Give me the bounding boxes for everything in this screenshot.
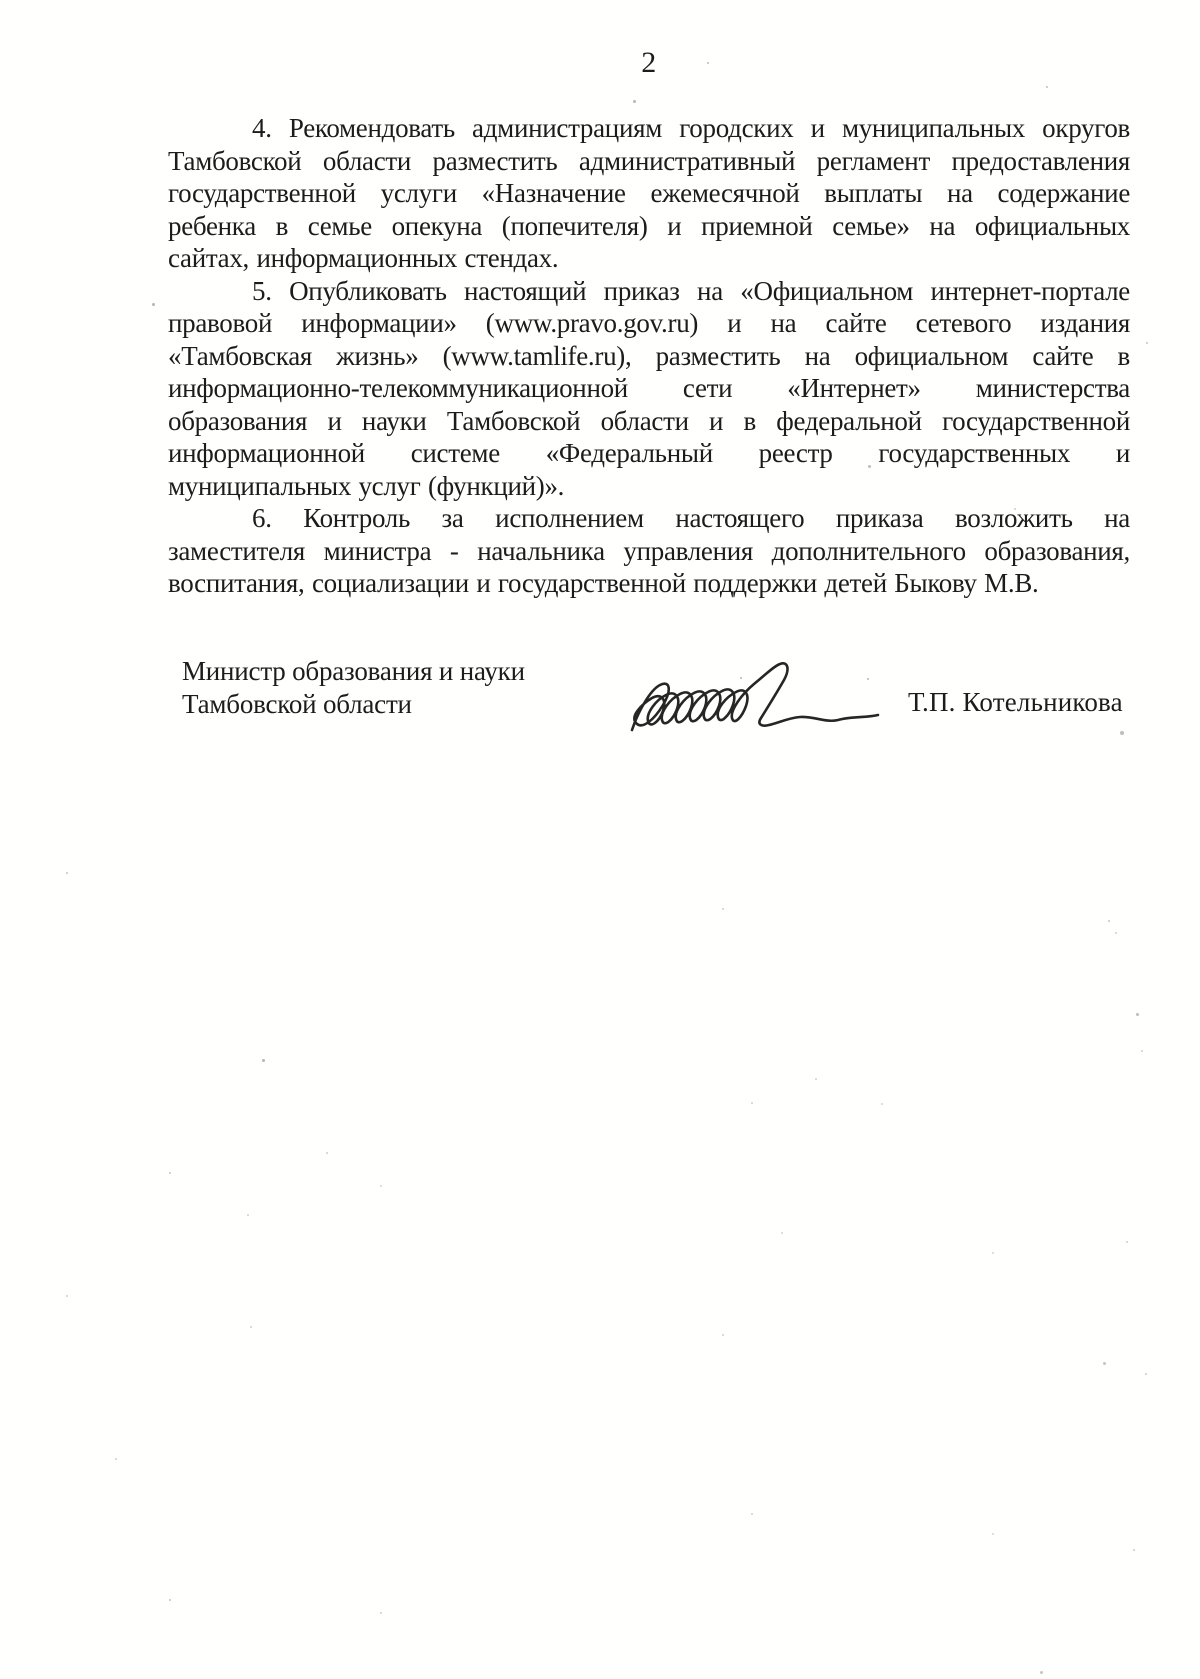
scan-speck xyxy=(169,1172,171,1174)
scan-speck xyxy=(722,908,724,910)
scan-speck xyxy=(1085,158,1088,161)
scan-speck xyxy=(992,1533,994,1535)
document-line: заместителя министра - начальника управл… xyxy=(168,535,1130,568)
document-line: воспитания, социализации и государственн… xyxy=(168,567,1130,600)
signatory-role-line-2: Тамбовской области xyxy=(182,688,525,721)
handwritten-signature-icon xyxy=(622,660,890,740)
scan-speck xyxy=(1145,1373,1147,1375)
scan-speck xyxy=(1120,731,1124,735)
scan-speck xyxy=(1046,86,1048,88)
scanned-document-page: 2 4. Рекомендовать администрациям городс… xyxy=(0,0,1200,1679)
document-line: правовой информации» (www.pravo.gov.ru) … xyxy=(168,307,1130,340)
scan-speck xyxy=(1136,1013,1139,1016)
scan-speck xyxy=(247,1214,249,1216)
document-line: информационно-телекоммуникационной сети … xyxy=(168,372,1130,405)
scan-speck xyxy=(1115,932,1117,934)
document-line: образования и науки Тамбовской области и… xyxy=(168,405,1130,438)
scan-speck xyxy=(1141,1050,1143,1052)
scan-speck xyxy=(751,1102,753,1104)
signatory-name: Т.П. Котельникова xyxy=(908,687,1123,718)
scan-speck xyxy=(250,1326,252,1328)
scan-speck xyxy=(66,1295,68,1297)
scan-speck xyxy=(992,1252,994,1254)
scan-speck xyxy=(633,100,636,103)
scan-speck xyxy=(326,1152,328,1154)
page-number: 2 xyxy=(168,46,1130,80)
scan-speck xyxy=(751,1513,753,1515)
document-line: 6. Контроль за исполнением настоящего пр… xyxy=(168,502,1130,535)
signatory-role: Министр образования и науки Тамбовской о… xyxy=(182,655,525,720)
scan-speck xyxy=(881,1103,883,1105)
document-line: Тамбовской области разместить администра… xyxy=(168,145,1130,178)
scan-speck xyxy=(380,1612,382,1614)
scan-speck xyxy=(707,62,709,64)
document-line: информационной системе «Федеральный реес… xyxy=(168,437,1130,470)
document-line: 4. Рекомендовать администрациям городски… xyxy=(168,112,1130,145)
scan-speck xyxy=(1014,508,1016,510)
scan-speck xyxy=(1126,1241,1128,1243)
document-body: 4. Рекомендовать администрациям городски… xyxy=(168,112,1130,600)
scan-speck xyxy=(262,1059,265,1062)
scan-speck xyxy=(115,1458,117,1460)
scan-speck xyxy=(722,1334,724,1336)
scan-speck xyxy=(1040,1671,1043,1674)
scan-speck xyxy=(781,1232,783,1234)
scan-speck xyxy=(380,1185,382,1187)
document-line: 5. Опубликовать настоящий приказ на «Офи… xyxy=(168,275,1130,308)
document-line: «Тамбовская жизнь» (www.tamlife.ru), раз… xyxy=(168,340,1130,373)
scan-speck xyxy=(169,1599,171,1601)
scan-speck xyxy=(868,465,871,468)
scan-speck xyxy=(1146,342,1148,344)
scan-speck xyxy=(1103,1362,1106,1365)
scan-speck xyxy=(152,303,155,306)
scan-speck xyxy=(815,1078,817,1080)
document-line: государственной услуги «Назначение ежеме… xyxy=(168,177,1130,210)
signatory-role-line-1: Министр образования и науки xyxy=(182,655,525,688)
scan-speck xyxy=(867,678,869,680)
scan-speck xyxy=(1133,1549,1135,1551)
scan-speck xyxy=(740,677,742,679)
scan-speck xyxy=(1108,920,1110,922)
scan-speck xyxy=(66,872,68,874)
document-line: ребенка в семье опекуна (попечителя) и п… xyxy=(168,210,1130,243)
